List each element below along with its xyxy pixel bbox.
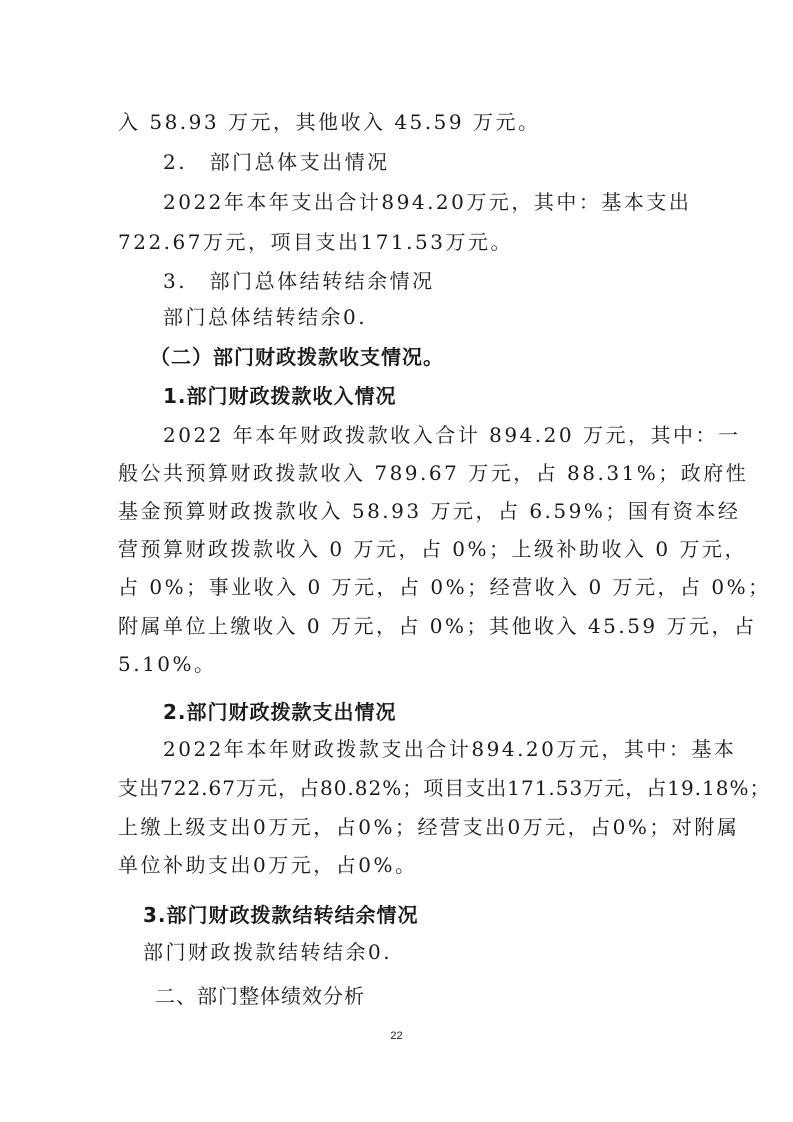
section-heading-total-expenditure: 2. 部门总体支出情况 — [163, 150, 390, 174]
paragraph-line: 2022年本年支出合计894.20万元，其中：基本支出 — [163, 190, 691, 214]
subheading-appropriation-income: 1.部门财政拨款收入情况 — [163, 384, 397, 408]
section-heading-performance-analysis: 二、部门整体绩效分析 — [155, 984, 365, 1008]
paragraph-line: 上缴上级支出0万元，占0%；经营支出0万元，占0%；对附属 — [118, 815, 739, 839]
paragraph-line: 2022年本年财政拨款支出合计894.20万元，其中：基本 — [163, 737, 736, 761]
paragraph-line: 2022 年本年财政拨款收入合计 894.20 万元，其中：一 — [163, 423, 740, 447]
paragraph-line: 5.10%。 — [118, 652, 217, 676]
paragraph-line: 部门总体结转结余0. — [163, 305, 367, 329]
paragraph-line: 占 0%；事业收入 0 万元，占 0%；经营收入 0 万元，占 0%； — [118, 575, 771, 599]
subheading-appropriation-expenditure: 2.部门财政拨款支出情况 — [163, 700, 397, 724]
page-number: 22 — [0, 1030, 793, 1042]
paragraph-line: 基金预算财政拨款收入 58.93 万元，占 6.59%；国有资本经 — [118, 499, 740, 523]
paragraph-line: 般公共预算财政拨款收入 789.67 万元，占 88.31%；政府性 — [118, 461, 748, 485]
section-heading-carryover: 3. 部门总体结转结余情况 — [163, 269, 435, 293]
paragraph-line: 附属单位上缴收入 0 万元，占 0%；其他收入 45.59 万元，占 — [118, 614, 757, 638]
paragraph-line: 部门财政拨款结转结余0. — [143, 940, 392, 964]
paragraph-line: 单位补助支出0万元，占0%。 — [118, 853, 417, 877]
paragraph-line: 722.67万元，项目支出171.53万元。 — [118, 230, 513, 254]
paragraph-line: 入 58.93 万元，其他收入 45.59 万元。 — [118, 110, 540, 134]
paragraph-line: 营预算财政拨款收入 0 万元，占 0%；上级补助收入 0 万元， — [118, 537, 747, 561]
section-heading-fiscal-appropriation: （二）部门财政拨款收支情况。 — [150, 345, 444, 369]
paragraph-line: 支出722.67万元，占80.82%；项目支出171.53万元，占19.18%； — [118, 776, 770, 800]
subheading-appropriation-carryover: 3.部门财政拨款结转结余情况 — [143, 903, 419, 927]
